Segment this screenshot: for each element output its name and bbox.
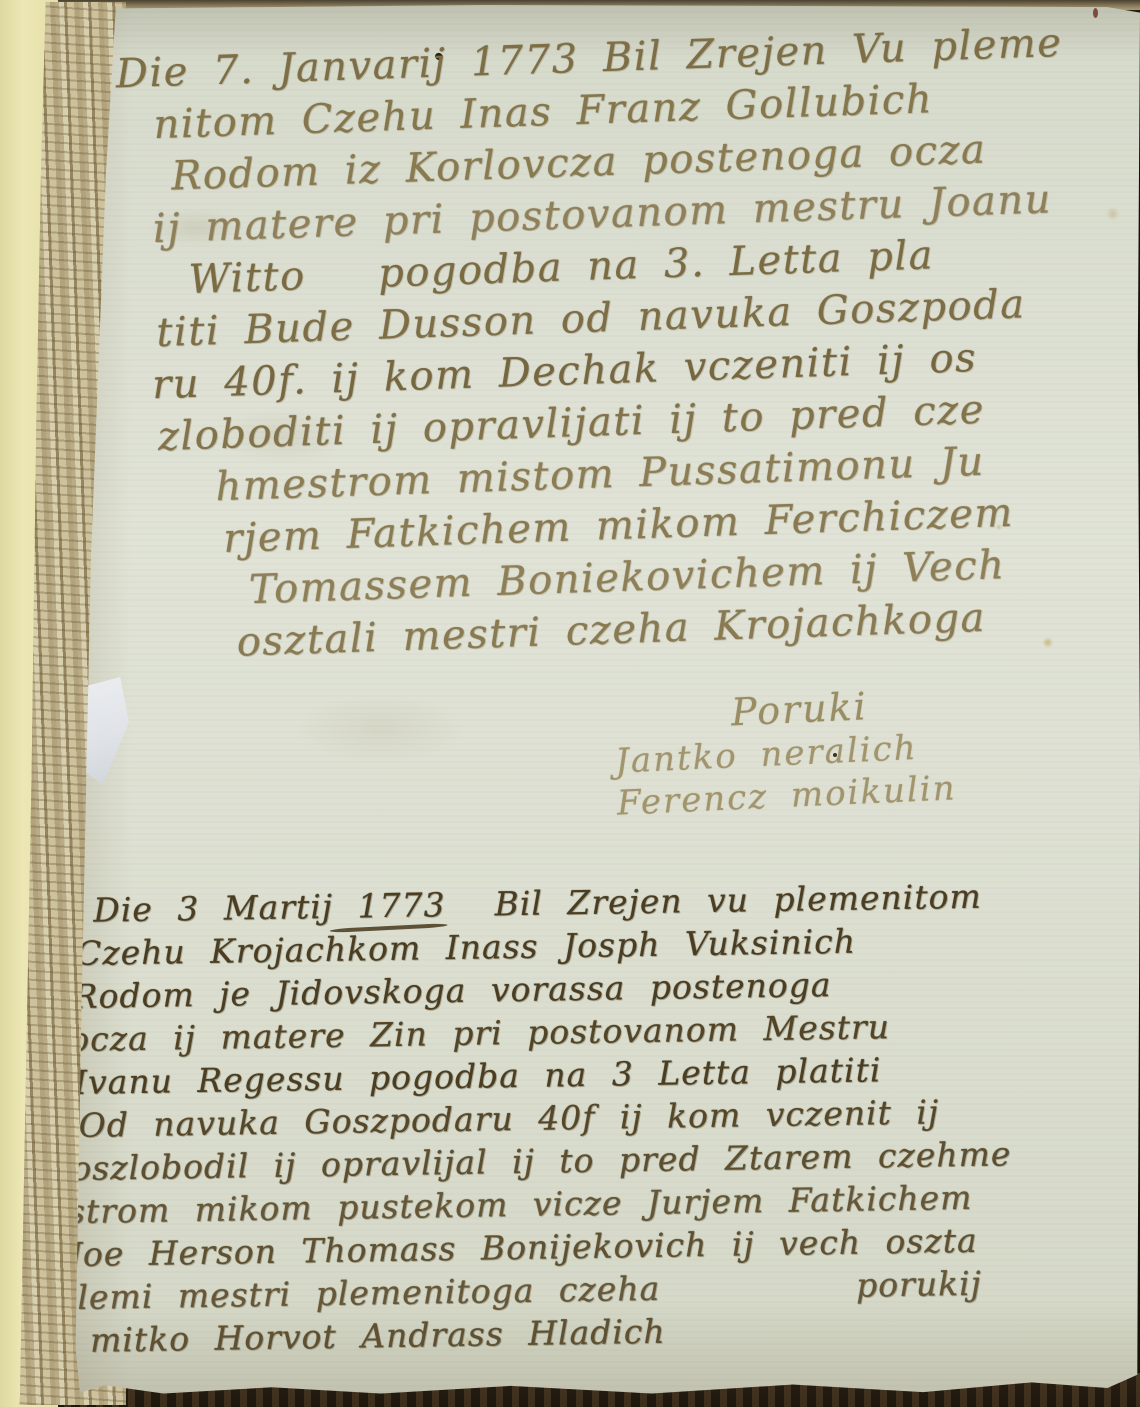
book-scan: Die 7. Janvarij 1773 Bil Zrejen Vu pleme… — [0, 0, 1140, 1407]
record-entry-march-1773: Die 3 Martij 1773 Bil Zrejen vu plemenit… — [71, 873, 1128, 1362]
guarantors-signature-block: Poruki Jantko neralichFerencz moikulin — [612, 679, 957, 824]
manuscript-page: Die 7. Janvarij 1773 Bil Zrejen Vu pleme… — [55, 5, 1140, 1397]
entry-body: Die 7. Janvarij 1773 Bil Zrejen Vu pleme… — [95, 15, 1140, 673]
record-entry-january-1773: Die 7. Janvarij 1773 Bil Zrejen Vu pleme… — [95, 15, 1140, 673]
signature-list: Jantko neralichFerencz moikulin — [614, 725, 957, 824]
entry-body: Die 3 Martij 1773 Bil Zrejen vu plemenit… — [71, 873, 1128, 1362]
